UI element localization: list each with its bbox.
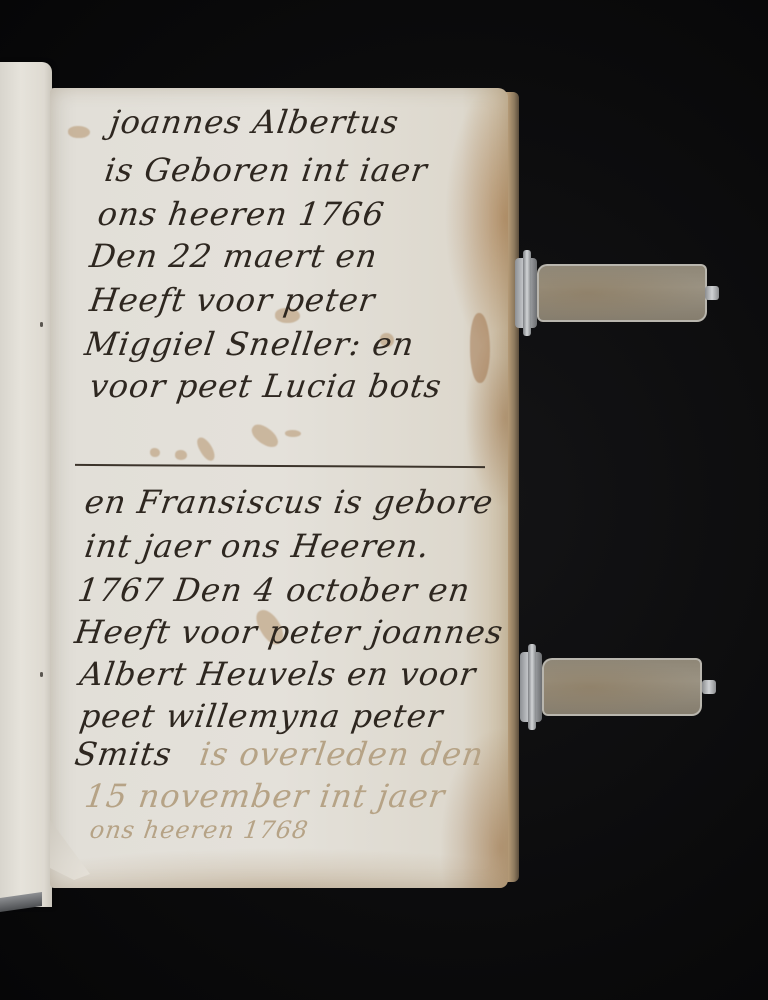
stain — [285, 430, 301, 437]
clasp-plate — [537, 264, 707, 322]
entry-1-line: Den 22 maert en — [87, 238, 380, 274]
clasp-tip — [705, 286, 719, 300]
clasp-plate — [542, 658, 702, 716]
stain — [194, 435, 217, 464]
entry-2-line: peet willemyna peter — [77, 698, 445, 734]
ink-spot — [40, 322, 43, 327]
entry-1-line: Miggiel Sneller: en — [82, 326, 416, 362]
stain — [248, 421, 282, 451]
entry-2-line: int jaer ons Heeren. — [82, 528, 432, 564]
entry-1-line: joannes Albertus — [107, 104, 401, 140]
faded-death-note-line: is overleden den — [197, 736, 486, 772]
ink-spot — [40, 672, 43, 677]
entry-1-line: Heeft voor peter — [87, 282, 377, 318]
stain — [68, 126, 90, 138]
entry-2-line: Albert Heuvels en voor — [77, 656, 478, 692]
entry-2-line: en Fransiscus is gebore — [82, 484, 495, 520]
photograph-scene: joannes Albertus is Geboren int iaer ons… — [0, 0, 768, 1000]
left-page-edge — [0, 62, 52, 907]
entry-1-line: is Geboren int iaer — [102, 152, 430, 188]
clasp-pin — [528, 644, 536, 730]
lower-clasp — [520, 652, 715, 722]
faded-death-note-line: ons heeren 1768 — [87, 812, 311, 848]
entry-2-line: Smits — [72, 736, 174, 772]
upper-clasp — [515, 258, 720, 328]
faded-death-note-line: 15 november int jaer — [82, 778, 447, 814]
entry-2-line: Heeft voor peter joannes — [72, 614, 505, 650]
stain — [150, 448, 160, 457]
clasp-tip — [702, 680, 716, 694]
stain — [175, 450, 187, 460]
entry-1-line: ons heeren 1766 — [95, 196, 386, 232]
stain — [470, 313, 490, 383]
entry-1-line: voor peet Lucia bots — [87, 368, 444, 404]
clasp-pin — [523, 250, 531, 336]
entry-2-line: 1767 Den 4 october en — [75, 572, 472, 608]
